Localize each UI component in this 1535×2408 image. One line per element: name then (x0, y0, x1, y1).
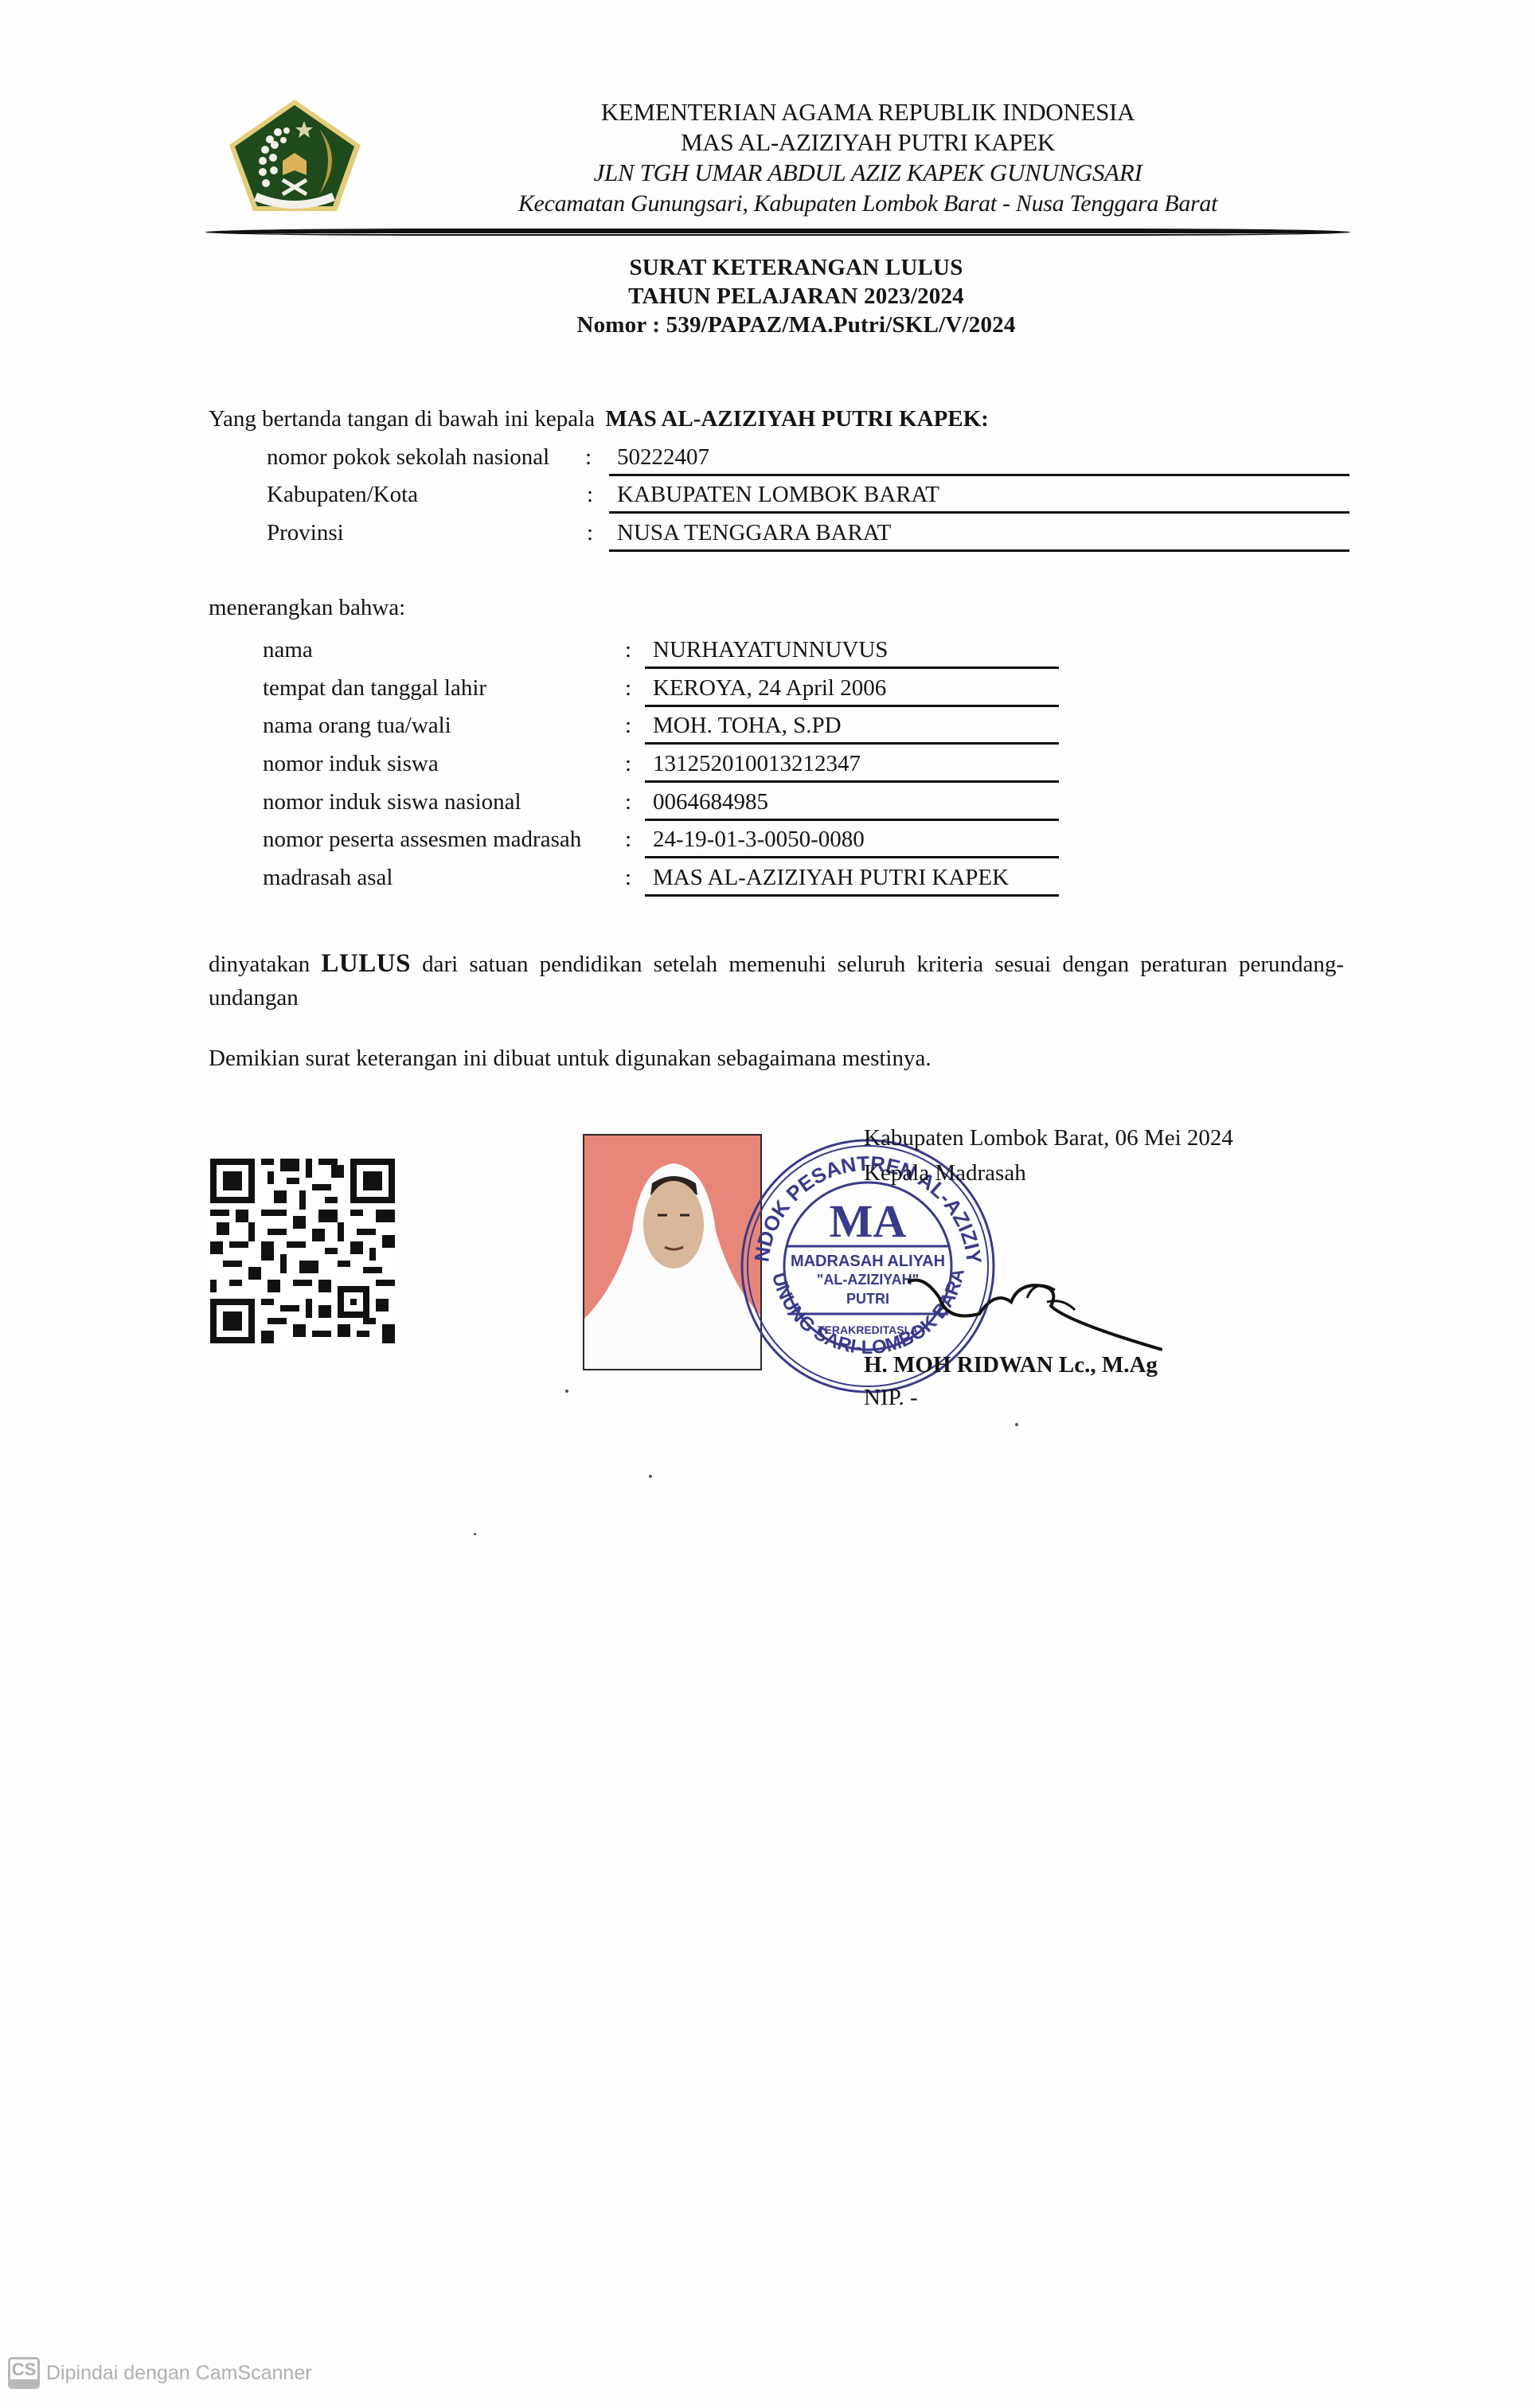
closing-sentence: Demikian surat keterangan ini dibuat unt… (209, 1046, 932, 1072)
signer-name: H. MOH RIDWAN Lc., M.Ag (864, 1352, 1158, 1378)
field-value: KEROYA, 24 April 2006 (645, 675, 1059, 707)
field-label: nomor pokok sekolah nasional (267, 444, 549, 471)
scan-speck (1015, 1423, 1018, 1426)
field-orang-tua: nama orang tua/wali : MOH. TOHA, S.PD (263, 713, 1059, 748)
svg-text:"AL-AZIZIYAH": "AL-AZIZIYAH" (817, 1272, 919, 1288)
scan-speck (565, 1390, 568, 1393)
graduation-status: LULUS (321, 949, 411, 978)
school-address: JLN TGH UMAR ABDUL AZIZ KAPEK GUNUNGSARI (414, 158, 1322, 188)
svg-text:PUTRI: PUTRI (846, 1291, 889, 1307)
menerangkan-label: menerangkan bahwa: (209, 595, 405, 621)
intro-sentence: Yang bertanda tangan di bawah ini kepala… (209, 406, 989, 432)
svg-text:MA: MA (830, 1195, 907, 1247)
field-nama: nama : NURHAYATUNNUVUS (263, 637, 1059, 672)
intro-school: MAS AL-AZIZIYAH PUTRI KAPEK: (605, 406, 989, 432)
field-label: nama (263, 637, 313, 663)
school-region: Kecamatan Gunungsari, Kabupaten Lombok B… (414, 188, 1322, 220)
camscanner-watermark: CS Dipindai dengan CamScanner (8, 2357, 312, 2389)
document-title: SURAT KETERANGAN LULUS TAHUN PELAJARAN 2… (430, 253, 1162, 339)
field-label: nama orang tua/wali (263, 713, 451, 739)
field-colon: : (625, 675, 631, 702)
field-provinsi: Provinsi : NUSA TENGGARA BARAT (267, 520, 1349, 555)
field-label: nomor induk siswa (263, 751, 439, 777)
field-label: Provinsi (267, 520, 344, 546)
field-kabupaten: Kabupaten/Kota : KABUPATEN LOMBOK BARAT (267, 482, 1349, 517)
handwritten-signature-icon (908, 1266, 1162, 1354)
field-colon: : (625, 827, 631, 853)
field-value: 0064684985 (645, 789, 1059, 821)
intro-text: Yang bertanda tangan di bawah ini kepala (209, 406, 595, 432)
kemenag-emblem-icon (225, 96, 365, 215)
student-photo (583, 1134, 762, 1370)
graduation-statement: dinyatakan LULUS dari satuan pendidikan … (209, 947, 1344, 1014)
letterhead: KEMENTERIAN AGAMA REPUBLIK INDONESIA MAS… (414, 97, 1322, 220)
field-value: 50222407 (609, 444, 1349, 476)
field-colon: : (625, 637, 631, 663)
field-npsn: nomor pokok sekolah nasional : 50222407 (267, 444, 1349, 479)
field-value: 131252010013212347 (645, 751, 1059, 783)
camscanner-text: Dipindai dengan CamScanner (46, 2362, 312, 2385)
letterhead-divider (205, 229, 1350, 236)
field-label: Kabupaten/Kota (267, 482, 418, 508)
field-ttl: tempat dan tanggal lahir : KEROYA, 24 Ap… (263, 675, 1059, 710)
signer-position: Kepala Madrasah (864, 1160, 1026, 1186)
camscanner-badge-text: CS (12, 2359, 37, 2380)
field-label: nomor induk siswa nasional (263, 789, 521, 815)
place-date: Kabupaten Lombok Barat, 06 Mei 2024 (864, 1125, 1233, 1151)
field-colon: : (625, 865, 631, 891)
title-line-2: TAHUN PELAJARAN 2023/2024 (430, 282, 1162, 311)
qr-code-icon (209, 1159, 396, 1343)
camscanner-logo-icon: CS (8, 2357, 40, 2389)
field-value: 24-19-01-3-0050-0080 (645, 827, 1059, 858)
field-colon: : (587, 482, 593, 508)
field-value: MOH. TOHA, S.PD (645, 713, 1059, 745)
field-madrasah-asal: madrasah asal : MAS AL-AZIZIYAH PUTRI KA… (263, 865, 1059, 900)
field-label: tempat dan tanggal lahir (263, 675, 486, 702)
title-line-1: SURAT KETERANGAN LULUS (430, 253, 1162, 282)
field-nomor-peserta: nomor peserta assesmen madrasah : 24-19-… (263, 827, 1059, 862)
school-name: MAS AL-AZIZIYAH PUTRI KAPEK (414, 127, 1322, 158)
scan-speck (474, 1533, 476, 1535)
field-colon: : (585, 444, 592, 471)
field-value: MAS AL-AZIZIYAH PUTRI KAPEK (645, 865, 1059, 897)
ministry-name: KEMENTERIAN AGAMA REPUBLIK INDONESIA (414, 97, 1322, 127)
field-colon: : (587, 520, 593, 546)
signer-nip: NIP. - (864, 1385, 918, 1411)
field-colon: : (625, 789, 631, 815)
svg-text:TERAKREDITASI A: TERAKREDITASI A (818, 1323, 918, 1336)
student-portrait-icon (584, 1136, 762, 1370)
field-value: NURHAYATUNNUVUS (645, 637, 1059, 669)
field-colon: : (625, 751, 631, 777)
field-colon: : (625, 713, 631, 739)
scan-speck (649, 1475, 652, 1478)
document-number: Nomor : 539/PAPAZ/MA.Putri/SKL/V/2024 (430, 311, 1162, 339)
field-value: NUSA TENGGARA BARAT (609, 520, 1349, 552)
field-value: KABUPATEN LOMBOK BARAT (609, 482, 1349, 514)
document-page: KEMENTERIAN AGAMA REPUBLIK INDONESIA MAS… (0, 0, 1535, 2408)
field-nisn: nomor induk siswa nasional : 0064684985 (263, 789, 1059, 824)
field-nis: nomor induk siswa : 131252010013212347 (263, 751, 1059, 786)
field-label: madrasah asal (263, 865, 393, 891)
statement-prefix: dinyatakan (209, 952, 310, 977)
field-label: nomor peserta assesmen madrasah (263, 827, 581, 853)
